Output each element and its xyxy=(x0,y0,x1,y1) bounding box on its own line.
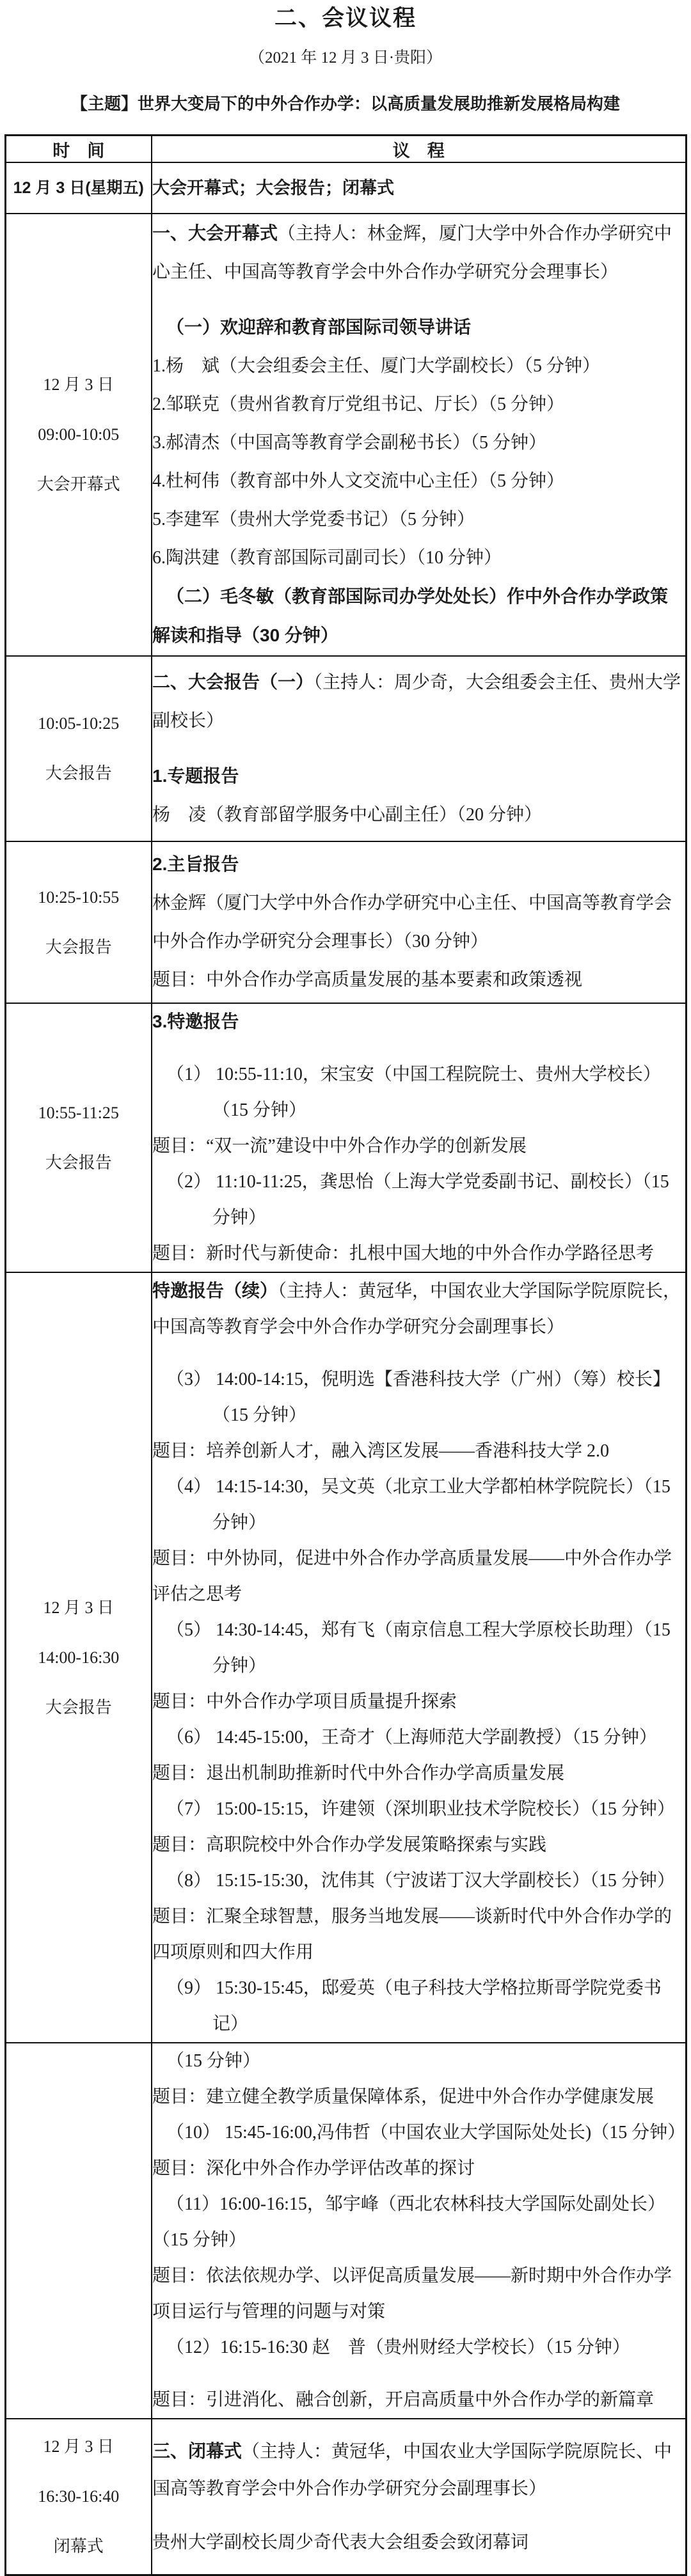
time-cell xyxy=(5,2043,152,2419)
agenda-paragraph-text-segment: 题目：高职院校中外合作办学发展策略探索与实践 xyxy=(152,1835,546,1855)
agenda-paragraph-text-segment: （8） 15:15-15:30，沈伟其（宁波诺丁汉大学副校长）（15 分钟） xyxy=(166,1871,675,1891)
agenda-paragraph-text-segment: （12）16:15-16:30 赵 普（贵州财经大学校长）（15 分钟） xyxy=(166,2338,630,2357)
agenda-paragraph-text-segment: （6） 14:45-15:00，王奇才（上海师范大学副教授）（15 分钟） xyxy=(166,1728,657,1747)
agenda-paragraph-text-segment: 2.邹联克（贵州省教育厅党组书记、厅长）（5 分钟） xyxy=(152,394,564,414)
agenda-paragraph-text-segment: （11）16:00-16:15，邹宇峰（西北农林科技大学国际处副处长）（15 分… xyxy=(152,2194,665,2250)
agenda-paragraph: （1） 10:55-11:10，宋宝安（中国工程院院士、贵州大学校长）（15 分… xyxy=(212,1057,685,1128)
agenda-paragraph: （5） 14:30-14:45，郑有飞（南京信息工程大学原校长助理）（15 分钟… xyxy=(212,1612,685,1684)
agenda-row-invited-reports-continued: 12 月 3 日14:00-16:30大会报告 特邀报告（续）（主持人：黄冠华，… xyxy=(5,1272,686,2043)
time-cell: 12 月 3 日09:00-10:05大会开幕式 xyxy=(5,214,152,656)
agenda-paragraph-text-segment: （5） 14:30-14:45，郑有飞（南京信息工程大学原校长助理）（15 分钟… xyxy=(166,1620,671,1676)
agenda-paragraph-text-segment: 贵州大学副校长周少奇代表大会组委会致闭幕词 xyxy=(152,2533,528,2552)
agenda-paragraph: （15 分钟） xyxy=(152,2043,685,2079)
agenda-paragraph: 题目：引进消化、融合创新，开启高质量中外合作办学的新篇章 xyxy=(152,2382,685,2418)
agenda-cell: 3.特邀报告（1） 10:55-11:10，宋宝安（中国工程院院士、贵州大学校长… xyxy=(152,1003,686,1272)
agenda-paragraph: （4） 14:15-14:30，吴文英（北京工业大学都柏林学院院长）（15 分钟… xyxy=(212,1469,685,1541)
agenda-paragraph: 贵州大学副校长周少奇代表大会组委会致闭幕词 xyxy=(152,2524,685,2561)
agenda-row-opening-ceremony: 12 月 3 日09:00-10:05大会开幕式 一、大会开幕式（主持人：林金辉… xyxy=(5,214,686,656)
agenda-paragraph-text-segment: 题目：深化中外合作办学评估改革的探讨 xyxy=(152,2158,475,2178)
agenda-paragraph: （10） 15:45-16:00,冯伟哲（中国农业大学国际处处长)（15 分钟） xyxy=(152,2115,685,2151)
agenda-paragraph-text-segment: 3.郝清杰（中国高等教育学会副秘书长）（5 分钟） xyxy=(152,433,546,453)
agenda-paragraph: 题目：高职院校中外合作办学发展策略探索与实践 xyxy=(152,1827,685,1863)
agenda-paragraph-bold-segment: 3.特邀报告 xyxy=(152,1011,239,1031)
line-spacer xyxy=(152,1040,685,1057)
line-spacer xyxy=(152,1345,685,1362)
agenda-cell: 一、大会开幕式（主持人：林金辉，厦门大学中外合作办学研究中心主任、中国高等教育学… xyxy=(152,214,686,656)
agenda-paragraph-text-segment: 题目：新时代与新使命：扎根中国大地的中外合作办学路径思考 xyxy=(152,1244,654,1263)
agenda-paragraph: 题目：培养创新人才，融入湾区发展——香港科技大学 2.0 xyxy=(152,1433,685,1469)
time-line: 09:00-10:05 xyxy=(6,410,152,460)
agenda-paragraph: 2.邹联克（贵州省教育厅党组书记、厅长）（5 分钟） xyxy=(152,386,685,424)
time-cell: 12 月 3 日14:00-16:30大会报告 xyxy=(5,1272,152,2043)
agenda-paragraph: （一）欢迎辞和教育部国际司领导讲话 xyxy=(152,308,685,347)
agenda-paragraph-text-segment: 题目：中外合作办学高质量发展的基本要素和政策透视 xyxy=(152,970,582,990)
line-spacer xyxy=(152,292,685,308)
time-cell: 12 月 3 日16:30-16:40闭幕式 xyxy=(5,2419,152,2575)
agenda-paragraph: 林金辉（厦门大学中外合作办学研究中心主任、中国高等教育学会中外合作办学研究分会理… xyxy=(152,884,685,961)
agenda-paragraph-text-segment: 题目：建立健全教学质量保障体系，促进中外合作办学健康发展 xyxy=(152,2087,654,2107)
agenda-paragraph-bold-segment: 二、大会报告（一） xyxy=(152,672,314,692)
agenda-paragraph-text-segment: （3） 14:00-14:15，倪明选【香港科技大学（广州）（筹）校长】（15 … xyxy=(166,1370,671,1425)
agenda-paragraph-bold-segment: 1.专题报告 xyxy=(152,766,239,786)
agenda-paragraph: （6） 14:45-15:00，王奇才（上海师范大学副教授）（15 分钟） xyxy=(212,1720,685,1756)
time-line: 12 月 3 日(星期五) xyxy=(6,163,152,213)
header-agenda: 议 程 xyxy=(152,136,686,163)
agenda-paragraph: 题目：建立健全教学质量保障体系，促进中外合作办学健康发展 xyxy=(152,2079,685,2115)
agenda-paragraph: 题目：退出机制助推新时代中外合作办学高质量发展 xyxy=(152,1756,685,1791)
agenda-paragraph-text-segment: 6.陶洪建（教育部国际司副司长）（10 分钟） xyxy=(152,548,502,568)
table-header-row: 时 间 议 程 xyxy=(5,136,686,163)
agenda-paragraph: （12）16:15-16:30 赵 普（贵州财经大学校长）（15 分钟） xyxy=(152,2330,685,2366)
page-theme: 【主题】世界大变局下的中外合作办学：以高质量发展助推新发展格局构建 xyxy=(0,93,691,114)
agenda-cell: 三、闭幕式（主持人：黄冠华，中国农业大学国际学院原院长、中国高等教育学会中外合作… xyxy=(152,2419,686,2575)
agenda-table: 时 间 议 程 12 月 3 日(星期五) 大会开幕式；大会报告；闭幕式 12 … xyxy=(4,134,687,2576)
agenda-paragraph: 大会开幕式；大会报告；闭幕式 xyxy=(152,173,685,203)
agenda-paragraph: 1.专题报告 xyxy=(152,757,685,796)
agenda-paragraph: 1.杨 斌（大会组委会主任、厦门大学副校长）（5 分钟） xyxy=(152,347,685,386)
agenda-paragraph-text-segment: 题目：“双一流”建设中中外合作办学的创新发展 xyxy=(152,1136,527,1156)
agenda-paragraph-text-segment: （1） 10:55-11:10，宋宝安（中国工程院院士、贵州大学校长）（15 分… xyxy=(166,1065,661,1120)
agenda-cell: 2.主旨报告林金辉（厦门大学中外合作办学研究中心主任、中国高等教育学会中外合作办… xyxy=(152,841,686,1003)
agenda-paragraph: 一、大会开幕式（主持人：林金辉，厦门大学中外合作办学研究中心主任、中国高等教育学… xyxy=(152,214,685,292)
agenda-paragraph: 题目：“双一流”建设中中外合作办学的创新发展 xyxy=(152,1128,685,1164)
agenda-paragraph: （3） 14:00-14:15，倪明选【香港科技大学（广州）（筹）校长】（15 … xyxy=(212,1362,685,1433)
agenda-paragraph-text-segment: 4.杜柯伟（教育部中外人文交流中心主任）（5 分钟） xyxy=(152,471,564,491)
agenda-paragraph: （7） 15:00-15:15，许建领（深圳职业技术学院校长）（15 分钟） xyxy=(212,1791,685,1827)
agenda-paragraph: 题目：中外协同，促进中外合作办学高质量发展——中外合作办学评估之思考 xyxy=(152,1541,685,1612)
agenda-paragraph: 杨 凌（教育部留学服务中心副主任）（20 分钟） xyxy=(152,796,685,834)
agenda-paragraph: （2） 11:10-11:25，龚思怡（上海大学党委副书记、副校长）（15 分钟… xyxy=(212,1164,685,1236)
agenda-paragraph-bold-segment: （一）欢迎辞和教育部国际司领导讲话 xyxy=(166,317,471,337)
time-line: 12 月 3 日 xyxy=(6,1583,152,1633)
time-line: 大会报告 xyxy=(6,923,152,972)
agenda-paragraph: （11）16:00-16:15，邹宇峰（西北农林科技大学国际处副处长）（15 分… xyxy=(152,2187,685,2258)
agenda-paragraph: （9） 15:30-15:45，邸爱英（电子科技大学格拉斯哥学院党委书记） xyxy=(212,1971,685,2042)
time-line: 12 月 3 日 xyxy=(6,360,152,410)
agenda-cell: 特邀报告（续）（主持人：黄冠华，中国农业大学国际学院原院长，中国高等教育学会中外… xyxy=(152,1272,686,2043)
agenda-row-day-overview: 12 月 3 日(星期五) 大会开幕式；大会报告；闭幕式 xyxy=(5,162,686,214)
agenda-paragraph: 4.杜柯伟（教育部中外人文交流中心主任）（5 分钟） xyxy=(152,462,685,501)
agenda-paragraph-text-segment: 1.杨 斌（大会组委会主任、厦门大学副校长）（5 分钟） xyxy=(152,356,600,376)
agenda-paragraph-text-segment: （10） 15:45-16:00,冯伟哲（中国农业大学国际处处长)（15 分钟） xyxy=(166,2123,685,2143)
agenda-paragraph: 题目：中外合作办学项目质量提升探索 xyxy=(152,1684,685,1720)
agenda-paragraph-text-segment: 题目：中外协同，促进中外合作办学高质量发展——中外合作办学评估之思考 xyxy=(152,1549,672,1604)
agenda-paragraph-text-segment: （15 分钟） xyxy=(166,2051,260,2071)
agenda-paragraph: （8） 15:15-15:30，沈伟其（宁波诺丁汉大学副校长）（15 分钟） xyxy=(212,1863,685,1899)
agenda-paragraph: 2.主旨报告 xyxy=(152,845,685,884)
agenda-paragraph: 题目：汇聚全球智慧，服务当地发展——谈新时代中外合作办学的四项原则和四大作用 xyxy=(152,1899,685,1971)
time-line: 大会报告 xyxy=(6,1138,152,1188)
time-line: 大会开幕式 xyxy=(6,460,152,510)
agenda-row-report-1: 10:05-10:25大会报告 二、大会报告（一）（主持人：周少奇，大会组委会主… xyxy=(5,656,686,841)
time-cell: 10:55-11:25大会报告 xyxy=(5,1003,152,1272)
header-time: 时 间 xyxy=(5,136,152,163)
agenda-paragraph-bold-segment: 大会开幕式；大会报告；闭幕式 xyxy=(152,178,394,198)
time-cell: 10:25-10:55大会报告 xyxy=(5,841,152,1003)
agenda-paragraph: 题目：中外合作办学高质量发展的基本要素和政策透视 xyxy=(152,961,685,999)
agenda-cell: 二、大会报告（一）（主持人：周少奇，大会组委会主任、贵州大学副校长）1.专题报告… xyxy=(152,656,686,841)
time-line: 10:05-10:25 xyxy=(6,699,152,749)
agenda-paragraph-text-segment: 林金辉（厦门大学中外合作办学研究中心主任、中国高等教育学会中外合作办学研究分会理… xyxy=(152,893,672,951)
agenda-paragraph-text-segment: 题目：依法依规办学、以评促高质量发展——新时期中外合作办学项目运行与管理的问题与… xyxy=(152,2266,672,2322)
agenda-row-keynote: 10:25-10:55大会报告 2.主旨报告林金辉（厦门大学中外合作办学研究中心… xyxy=(5,841,686,1003)
agenda-paragraph-text-segment: 杨 凌（教育部留学服务中心副主任）（20 分钟） xyxy=(152,805,542,825)
agenda-document: 二、会议议程 （2021 年 12 月 3 日·贵阳） 【主题】世界大变局下的中… xyxy=(0,0,691,2576)
agenda-row-closing-ceremony: 12 月 3 日16:30-16:40闭幕式 三、闭幕式（主持人：黄冠华，中国农… xyxy=(5,2419,686,2575)
line-spacer xyxy=(152,2366,685,2382)
time-line: 大会报告 xyxy=(6,1683,152,1733)
time-line: 14:00-16:30 xyxy=(6,1633,152,1683)
agenda-paragraph-bold-segment: 2.主旨报告 xyxy=(152,854,239,874)
agenda-paragraph: 题目：深化中外合作办学评估改革的探讨 xyxy=(152,2151,685,2187)
agenda-cell: 大会开幕式；大会报告；闭幕式 xyxy=(152,162,686,214)
time-line: 12 月 3 日 xyxy=(6,2422,152,2472)
agenda-paragraph-text-segment: 题目：退出机制助推新时代中外合作办学高质量发展 xyxy=(152,1763,564,1783)
agenda-paragraph-text-segment: （7） 15:00-15:15，许建领（深圳职业技术学院校长）（15 分钟） xyxy=(166,1799,675,1819)
time-line: 16:30-16:40 xyxy=(6,2472,152,2522)
agenda-paragraph-bold-segment: （二）毛冬敏（教育部国际司办学处处长）作中外合作办学政策解读和指导（30 分钟） xyxy=(152,586,668,645)
agenda-paragraph-text-segment: （2） 11:10-11:25，龚思怡（上海大学党委副书记、副校长）（15 分钟… xyxy=(166,1172,669,1228)
line-spacer xyxy=(152,2508,685,2524)
agenda-paragraph-text-segment: 题目：中外合作办学项目质量提升探索 xyxy=(152,1692,457,1712)
page-subtitle: （2021 年 12 月 3 日·贵阳） xyxy=(0,49,691,68)
agenda-paragraph: 3.郝清杰（中国高等教育学会副秘书长）（5 分钟） xyxy=(152,424,685,462)
time-line: 10:25-10:55 xyxy=(6,873,152,923)
time-cell: 10:05-10:25大会报告 xyxy=(5,656,152,841)
agenda-paragraph-text-segment: 题目：引进消化、融合创新，开启高质量中外合作办学的新篇章 xyxy=(152,2390,654,2410)
agenda-paragraph-bold-segment: 三、闭幕式 xyxy=(152,2441,242,2461)
agenda-row-reports-overflow: （15 分钟）题目：建立健全教学质量保障体系，促进中外合作办学健康发展（10） … xyxy=(5,2043,686,2419)
agenda-paragraph: （二）毛冬敏（教育部国际司办学处处长）作中外合作办学政策解读和指导（30 分钟） xyxy=(152,577,685,655)
time-cell: 12 月 3 日(星期五) xyxy=(5,162,152,214)
agenda-paragraph-text-segment: 5.李建军（贵州大学党委书记）（5 分钟） xyxy=(152,510,475,529)
agenda-paragraph-text-segment: （4） 14:15-14:30，吴文英（北京工业大学都柏林学院院长）（15 分钟… xyxy=(166,1477,671,1533)
agenda-row-invited-reports: 10:55-11:25大会报告 3.特邀报告（1） 10:55-11:10，宋宝… xyxy=(5,1003,686,1272)
agenda-paragraph-text-segment: （9） 15:30-15:45，邸爱英（电子科技大学格拉斯哥学院党委书记） xyxy=(166,1978,662,2034)
time-line: 10:55-11:25 xyxy=(6,1088,152,1138)
agenda-paragraph: 5.李建军（贵州大学党委书记）（5 分钟） xyxy=(152,501,685,539)
page-title: 二、会议议程 xyxy=(0,5,691,32)
agenda-paragraph-bold-segment: 一、大会开幕式 xyxy=(152,223,278,243)
agenda-paragraph: 6.陶洪建（教育部国际司副司长）（10 分钟） xyxy=(152,539,685,577)
agenda-paragraph: 题目：新时代与新使命：扎根中国大地的中外合作办学路径思考 xyxy=(152,1236,685,1272)
agenda-paragraph: 三、闭幕式（主持人：黄冠华，中国农业大学国际学院原院长、中国高等教育学会中外合作… xyxy=(152,2433,685,2508)
agenda-paragraph: 题目：依法依规办学、以评促高质量发展——新时期中外合作办学项目运行与管理的问题与… xyxy=(152,2258,685,2330)
agenda-cell: （15 分钟）题目：建立健全教学质量保障体系，促进中外合作办学健康发展（10） … xyxy=(152,2043,686,2419)
agenda-paragraph-bold-segment: 特邀报告（续） xyxy=(152,1281,278,1300)
line-spacer xyxy=(152,740,685,757)
time-line: 闭幕式 xyxy=(6,2522,152,2572)
agenda-paragraph: 特邀报告（续）（主持人：黄冠华，中国农业大学国际学院原院长，中国高等教育学会中外… xyxy=(152,1273,685,1345)
agenda-paragraph-text-segment: 题目：培养创新人才，融入湾区发展——香港科技大学 2.0 xyxy=(152,1441,609,1461)
agenda-paragraph: 二、大会报告（一）（主持人：周少奇，大会组委会主任、贵州大学副校长） xyxy=(152,663,685,740)
agenda-paragraph: 3.特邀报告 xyxy=(152,1004,685,1040)
time-line: 大会报告 xyxy=(6,749,152,799)
agenda-paragraph-text-segment: 题目：汇聚全球智慧，服务当地发展——谈新时代中外合作办学的四项原则和四大作用 xyxy=(152,1907,672,1962)
